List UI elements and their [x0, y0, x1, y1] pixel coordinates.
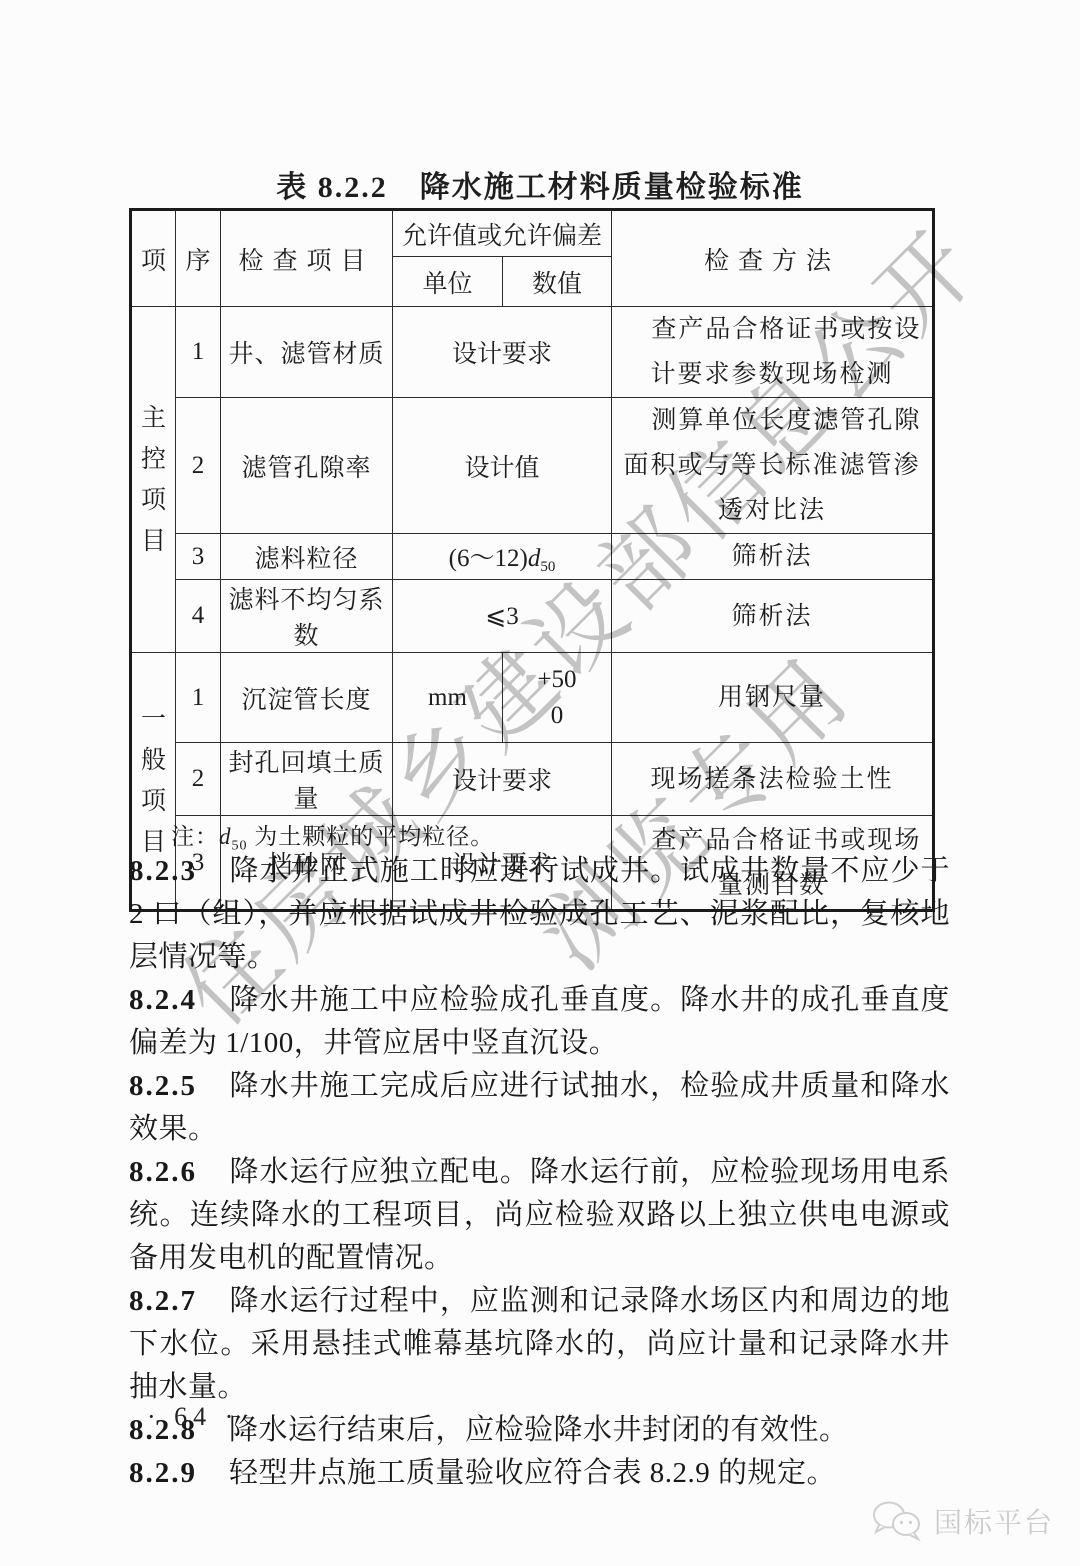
table-row: 一般项目 1 沉淀管长度 mm +50 0 用钢尺量	[131, 653, 934, 743]
page-number: · 64 ·	[147, 1402, 239, 1432]
header-seq: 序	[176, 210, 221, 307]
clause-text: 降水运行结束后，应检验降水井封闭的有效性。	[229, 1414, 849, 1446]
clause-number: 8.2.4	[129, 984, 197, 1016]
table-title: 表 8.2.2 降水施工材料质量检验标准	[0, 162, 1080, 206]
table-row: 3 滤料粒径 (6～12)d50 筛析法	[131, 534, 934, 580]
clause-8-2-8: 8.2.8降水运行结束后，应检验降水井封闭的有效性。	[129, 1409, 950, 1452]
allowed-cell: (6～12)d50	[393, 534, 612, 580]
item-cell: 封孔回填土质量	[221, 743, 393, 816]
method-cell: 筛析法	[612, 534, 934, 580]
clause-8-2-5: 8.2.5降水井施工完成后应进行试抽水，检验成井质量和降水效果。	[129, 1065, 950, 1151]
clause-8-2-9: 8.2.9轻型井点施工质量验收应符合表 8.2.9 的规定。	[129, 1452, 950, 1495]
seq-cell: 2	[176, 743, 221, 816]
method-text: 查产品合格证书或按设计要求参数现场检测	[612, 307, 932, 397]
allowed-sub: 50	[540, 559, 555, 575]
clause-8-2-4: 8.2.4降水井施工中应检验成孔垂直度。降水井的成孔垂直度偏差为 1/100，井…	[129, 979, 950, 1065]
document-page: 表 8.2.2 降水施工材料质量检验标准 项 序 检查项目 允许值或允许偏差 检…	[0, 0, 1080, 1566]
allowed-pre: (6～12)	[449, 545, 528, 572]
note-text: 为土颗粒的平均粒径。	[254, 824, 494, 849]
deviation-plus: +50	[503, 662, 611, 698]
seq-cell: 3	[176, 534, 221, 580]
clause-text: 降水井施工中应检验成孔垂直度。降水井的成孔垂直度偏差为 1/100，井管应居中竖…	[129, 984, 950, 1059]
table-row: 2 滤管孔隙率 设计值 测算单位长度滤管孔隙面积或与等长标准滤管渗透对比法	[131, 398, 934, 534]
header-allowed: 允许值或允许偏差	[393, 210, 612, 257]
item-cell: 滤料粒径	[221, 534, 393, 580]
method-text: 用钢尺量	[612, 675, 932, 720]
seq-cell: 4	[176, 580, 221, 653]
item-cell: 沉淀管长度	[221, 653, 393, 743]
method-text: 筛析法	[612, 594, 932, 639]
deviation-minus: 0	[503, 698, 611, 734]
seq-cell: 2	[176, 398, 221, 534]
value-cell: +50 0	[503, 653, 612, 743]
clause-number: 8.2.6	[129, 1156, 197, 1188]
table-row: 4 滤料不均匀系数 ⩽3 筛析法	[131, 580, 934, 653]
chat-bubbles-icon	[870, 1500, 926, 1542]
allowed-cell: 设计值	[393, 398, 612, 534]
clause-8-2-6: 8.2.6降水运行应独立配电。降水运行前，应检验现场用电系统。连续降水的工程项目…	[129, 1151, 950, 1280]
clause-text: 降水运行应独立配电。降水运行前，应检验现场用电系统。连续降水的工程项目，尚应检验…	[129, 1156, 950, 1274]
header-item: 检查项目	[221, 210, 393, 307]
method-text: 筛析法	[612, 534, 932, 579]
header-group: 项	[131, 210, 176, 307]
inspection-standard-table: 项 序 检查项目 允许值或允许偏差 检查方法 单位 数值 主控项目 1 井、滤管…	[129, 208, 935, 912]
seq-cell: 1	[176, 653, 221, 743]
clause-text: 降水井正式施工时应进行试成井。试成井数量不应少于 2 口（组），并应根据试成井检…	[129, 855, 950, 973]
clause-8-2-3: 8.2.3降水井正式施工时应进行试成井。试成井数量不应少于 2 口（组），并应根…	[129, 850, 950, 979]
seq-cell: 1	[176, 307, 221, 398]
table-row: 主控项目 1 井、滤管材质 设计要求 查产品合格证书或按设计要求参数现场检测	[131, 307, 934, 398]
clause-8-2-7: 8.2.7降水运行过程中，应监测和记录降水场区内和周边的地下水位。采用悬挂式帷幕…	[129, 1280, 950, 1409]
item-cell: 滤料不均匀系数	[221, 580, 393, 653]
item-cell: 井、滤管材质	[221, 307, 393, 398]
table-row: 2 封孔回填土质量 设计要求 现场搓条法检验土性	[131, 743, 934, 816]
clause-number: 8.2.3	[129, 855, 197, 887]
header-method: 检查方法	[612, 210, 934, 307]
allowed-cell: 设计要求	[393, 307, 612, 398]
clause-number: 8.2.5	[129, 1070, 197, 1102]
allowed-cell: ⩽3	[393, 580, 612, 653]
footer-brand-text: 国标平台	[934, 1501, 1054, 1541]
clause-text: 降水井施工完成后应进行试抽水，检验成井质量和降水效果。	[129, 1070, 950, 1145]
group-label-main: 主控项目	[131, 307, 176, 653]
clause-list: 8.2.3降水井正式施工时应进行试成井。试成井数量不应少于 2 口（组），并应根…	[129, 850, 950, 1495]
allowed-cell: 设计要求	[393, 743, 612, 816]
header-value: 数值	[503, 257, 612, 307]
footer-brand: 国标平台	[870, 1500, 1054, 1542]
method-cell: 测算单位长度滤管孔隙面积或与等长标准滤管渗透对比法	[612, 398, 934, 534]
header-unit: 单位	[393, 257, 503, 307]
clause-number: 8.2.9	[129, 1457, 197, 1489]
method-cell: 用钢尺量	[612, 653, 934, 743]
clause-text: 降水运行过程中，应监测和记录降水场区内和周边的地下水位。采用悬挂式帷幕基坑降水的…	[129, 1285, 950, 1403]
item-cell: 滤管孔隙率	[221, 398, 393, 534]
note-var: d	[219, 824, 232, 849]
note-prefix: 注：	[171, 824, 219, 849]
unit-cell: mm	[393, 653, 503, 743]
clause-number: 8.2.7	[129, 1285, 197, 1317]
method-text: 测算单位长度滤管孔隙面积或与等长标准滤管渗透对比法	[612, 398, 932, 533]
allowed-var: d	[528, 545, 541, 572]
method-cell: 现场搓条法检验土性	[612, 743, 934, 816]
method-cell: 筛析法	[612, 580, 934, 653]
method-cell: 查产品合格证书或按设计要求参数现场检测	[612, 307, 934, 398]
clause-text: 轻型井点施工质量验收应符合表 8.2.9 的规定。	[229, 1457, 836, 1489]
method-text: 现场搓条法检验土性	[612, 757, 932, 802]
